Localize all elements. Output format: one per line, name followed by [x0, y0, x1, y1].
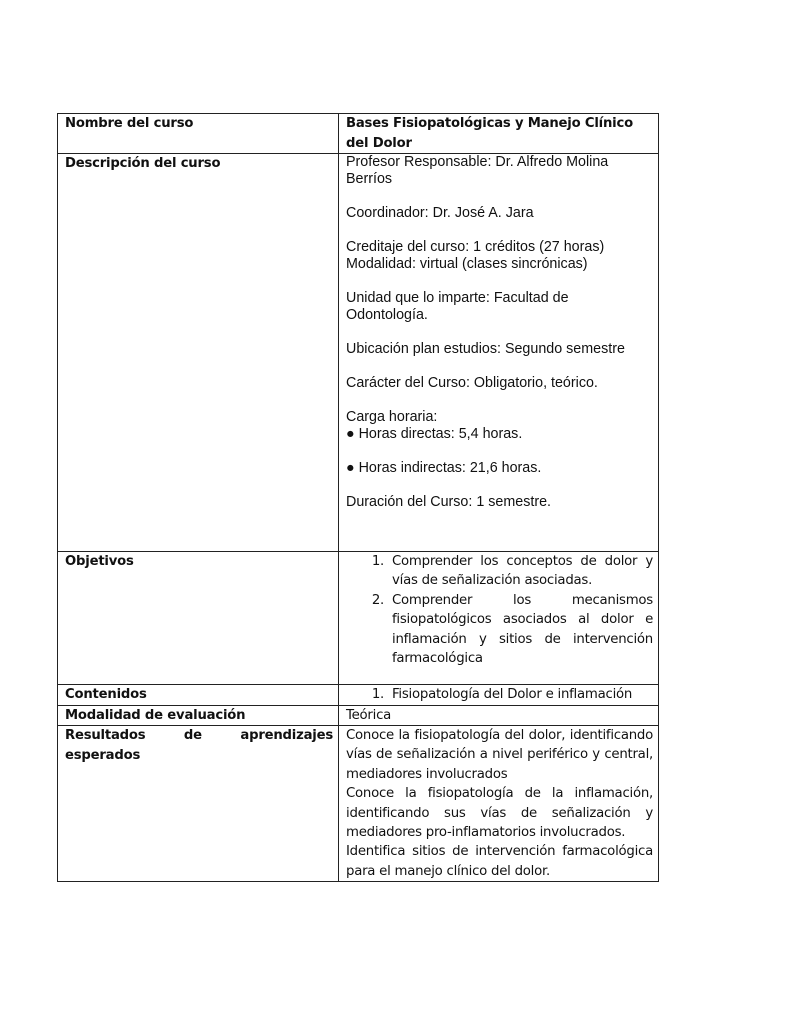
creditaje-line: Creditaje del curso: 1 créditos (27 hora… [346, 239, 653, 256]
outcome-paragraph: Identifica sitios de intervención farmac… [346, 842, 653, 881]
table-row-evaluacion: Modalidad de evaluación Teórica [58, 705, 659, 726]
carga-line: Carga horaria: [346, 409, 653, 426]
list-item: 1. Fisiopatología del Dolor e inflamació… [346, 685, 653, 704]
course-description: Profesor Responsable: Dr. Alfredo Molina… [339, 154, 659, 552]
outcome-paragraph: Conoce la fisiopatología de la inflamaci… [346, 784, 653, 842]
objectives-list: 1. Comprender los conceptos de dolor y v… [339, 552, 659, 685]
row-label: Resultados de aprendizajes esperados [58, 726, 339, 882]
table-row-contenidos: Contenidos 1. Fisiopatología del Dolor e… [58, 685, 659, 706]
evaluation-mode: Teórica [339, 705, 659, 726]
coordinador-line: Coordinador: Dr. José A. Jara [346, 205, 653, 222]
outcome-paragraph: Conoce la fisiopatología del dolor, iden… [346, 726, 653, 784]
table-row-objetivos: Objetivos 1. Comprender los conceptos de… [58, 552, 659, 685]
list-item: 2. Comprender los mecanismos fisiopatoló… [346, 591, 653, 669]
row-label: Descripción del curso [58, 154, 339, 552]
caracter-line: Carácter del Curso: Obligatorio, teórico… [346, 375, 653, 392]
unidad-line: Unidad que lo imparte: Facultad de Odont… [346, 290, 653, 324]
table-row-resultados: Resultados de aprendizajes esperados Con… [58, 726, 659, 882]
list-item: 1. Comprender los conceptos de dolor y v… [346, 552, 653, 591]
table-row-nombre: Nombre del curso Bases Fisiopatológicas … [58, 114, 659, 154]
row-label: Objetivos [58, 552, 339, 685]
horas-indirectas-line: ● Horas indirectas: 21,6 horas. [346, 460, 653, 477]
duracion-line: Duración del Curso: 1 semestre. [346, 494, 653, 511]
contents-list: 1. Fisiopatología del Dolor e inflamació… [339, 685, 659, 706]
ubicacion-line: Ubicación plan estudios: Segundo semestr… [346, 341, 653, 358]
modalidad-line: Modalidad: virtual (clases sincrónicas) [346, 256, 653, 273]
course-info-table: Nombre del curso Bases Fisiopatológicas … [57, 113, 659, 882]
course-name: Bases Fisiopatológicas y Manejo Clínico … [339, 114, 659, 154]
table-row-descripcion: Descripción del curso Profesor Responsab… [58, 154, 659, 552]
horas-directas-line: ● Horas directas: 5,4 horas. [346, 426, 653, 443]
profesor-line: Profesor Responsable: Dr. Alfredo Molina… [346, 154, 653, 188]
row-label: Nombre del curso [58, 114, 339, 154]
learning-outcomes: Conoce la fisiopatología del dolor, iden… [339, 726, 659, 882]
row-label: Modalidad de evaluación [58, 705, 339, 726]
document-page: Nombre del curso Bases Fisiopatológicas … [0, 0, 800, 1035]
row-label: Contenidos [58, 685, 339, 706]
